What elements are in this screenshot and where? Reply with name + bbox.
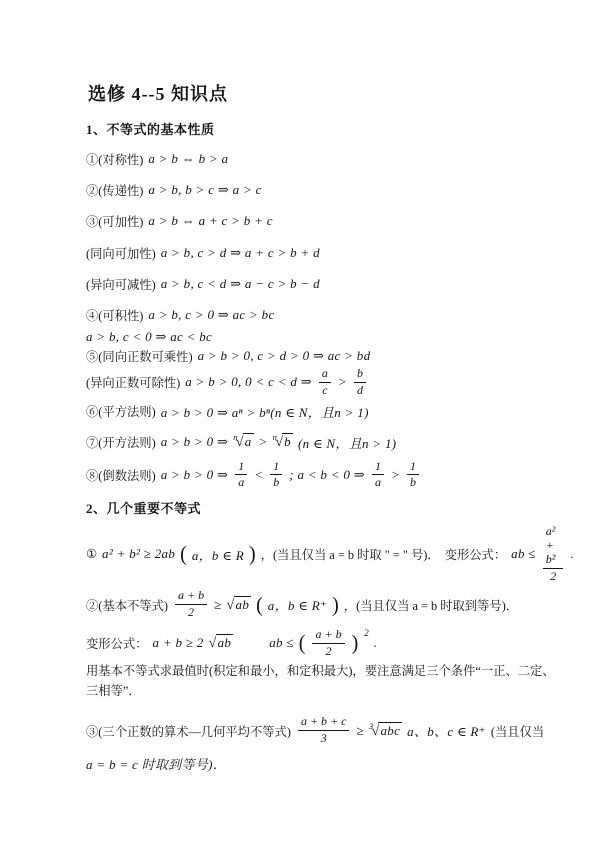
inequality-label: ③(三个正数的算术—几何平均不等式)	[86, 722, 291, 740]
fraction: a + b + c3	[298, 715, 350, 746]
fraction: 1a	[235, 460, 247, 491]
fraction-denominator: c	[322, 383, 327, 398]
fraction-denominator: a	[375, 475, 381, 490]
root-radicand: a	[243, 433, 254, 450]
root-radicand: abc	[378, 722, 402, 739]
property-row-positive-multiply: ⑤(同向正数可乘性) a > b > 0, c > d > 0 ⇒ ac > b…	[86, 347, 574, 365]
root-radicand: ab	[216, 634, 234, 651]
condition-text: a，b ∈ R	[192, 545, 244, 564]
condition-text: a、b、c ∈ R⁺	[407, 721, 486, 740]
left-paren: (	[256, 594, 263, 615]
relation-symbol: >	[391, 467, 400, 483]
fraction: 1b	[407, 460, 419, 491]
condition-text: a，b ∈ R⁺	[268, 595, 327, 614]
property-label: ⑧(倒数法则)	[86, 466, 156, 484]
property-label: ④(可积性)	[86, 306, 143, 324]
property-row-transitivity: ②(传递性) a > b, b > c ⇒ a > c	[86, 181, 574, 199]
right-paren: )	[332, 594, 339, 615]
property-formula-pre: a > b > 0 ⇒	[161, 434, 229, 450]
property-row-same-direction-add: (同向可加性) a > b, c > d ⇒ a + c > b + d	[86, 244, 574, 262]
nth-root: n√a	[233, 433, 253, 451]
property-formula: a > b, c < 0 ⇒ ac < bc	[86, 329, 212, 345]
fraction-denominator: b	[273, 475, 279, 490]
property-row-power-rule: ⑥(平方法则) a > b > 0 ⇒ aⁿ > bⁿ(n ∈ N，且n > 1…	[86, 402, 574, 421]
transform-formula-1: a + b ≥ 2	[153, 635, 204, 651]
root-index: 3	[369, 721, 374, 731]
equality-note-start: (当且仅当	[491, 722, 544, 740]
superscript-exponent: 2	[364, 628, 369, 638]
root-index: n	[273, 432, 278, 442]
fraction-numerator: a² + b²	[543, 525, 564, 568]
transform-formula-row: 变形公式： a + b ≥ 2 √ab ab ≤ ( a + b2 ) 2 .	[86, 628, 574, 659]
square-root: √ab	[227, 596, 252, 614]
fraction-numerator: b	[354, 367, 366, 383]
nth-root: n√b	[273, 433, 293, 451]
root-radicand: ab	[234, 596, 252, 613]
relation-symbol: <	[254, 467, 263, 483]
transform-label: 变形公式：	[86, 634, 148, 652]
transform-formula-2: ab ≤	[269, 635, 294, 651]
transform-formula-pre: ab ≤	[511, 546, 536, 562]
document-page: 选修 4--5 知识点 1、不等式的基本性质 ①(对称性) a > b ⇔ b …	[0, 0, 600, 850]
left-paren: (	[180, 544, 187, 565]
fraction-denominator: 2	[550, 569, 556, 584]
cube-root: 3√abc	[369, 722, 402, 740]
section1-heading: 1、不等式的基本性质	[86, 119, 574, 138]
equality-note-continuation: a = b = c 时取到等号)．	[86, 754, 574, 773]
equality-note: ，(当且仅当 a = b 时取到等号)．	[344, 596, 518, 614]
property-row-positive-divide: (异向正数可除性) a > b > 0, 0 < c < d ⇒ ac > bd	[86, 367, 574, 398]
property-label: (异向可减性)	[86, 275, 156, 293]
property-formula-post: (n ∈ N，且n > 1)	[298, 433, 396, 452]
fraction: a + b2	[312, 628, 344, 659]
property-row-reciprocal-rule: ⑧(倒数法则) a > b > 0 ⇒ 1a < 1b ; a < b < 0 …	[86, 460, 574, 491]
document-title: 选修 4--5 知识点	[88, 80, 574, 106]
left-paren: (	[299, 633, 306, 654]
inequality-formula: a² + b² ≥ 2ab	[102, 546, 175, 562]
inequality-row-square-sum: ① a² + b² ≥ 2ab ( a，b ∈ R ) ，(当且仅当 a = b…	[86, 525, 574, 583]
property-formula-pre: a > b > 0 ⇒	[161, 467, 229, 483]
property-label: ②(传递性)	[86, 181, 143, 199]
property-label: (同向可加性)	[86, 244, 156, 262]
period: .	[570, 546, 574, 562]
property-formula: a > b ⇔ a + c > b + c	[148, 213, 272, 229]
relation-symbol: >	[338, 374, 347, 390]
fraction-denominator: b	[410, 475, 416, 490]
fraction: bd	[354, 367, 366, 398]
fraction-denominator: a	[238, 475, 244, 490]
fraction-numerator: a + b	[175, 589, 207, 605]
property-label: ①(对称性)	[86, 150, 143, 168]
property-row-negative-multiply: a > b, c < 0 ⇒ ac < bc	[86, 328, 574, 345]
relation-symbol: ≥	[356, 723, 363, 739]
relation-symbol: ≥	[214, 597, 221, 613]
fraction: 1a	[372, 460, 384, 491]
inequality-row-am-gm: ③(三个正数的算术—几何平均不等式) a + b + c3 ≥ 3√abc a、…	[86, 715, 574, 746]
fraction: 1b	[270, 460, 282, 491]
property-formula: a > b, b > c ⇒ a > c	[148, 182, 261, 198]
property-formula-pre: a > b > 0, 0 < c < d ⇒	[185, 374, 312, 390]
usage-note-line1: 用基本不等式求最值时(积定和最小，和定积最大)，要注意满足三个条件“一正、二定、	[86, 661, 574, 682]
property-label: ⑦(开方法则)	[86, 433, 156, 451]
root-index: n	[233, 432, 238, 442]
fraction-denominator: d	[357, 383, 363, 398]
inequality-row-basic: ②(基本不等式) a + b2 ≥ √ab ( a，b ∈ R⁺ ) ，(当且仅…	[86, 589, 574, 620]
property-label: ③(可加性)	[86, 212, 143, 230]
usage-note-line2: 三相等”．	[86, 681, 574, 702]
fraction-numerator: a + b	[312, 628, 344, 644]
property-formula: a > b, c > 0 ⇒ ac > bc	[148, 307, 274, 323]
property-formula: a > b ⇔ b > a	[148, 151, 228, 167]
equality-condition: a = b = c 时取到等号)．	[86, 754, 226, 773]
fraction-numerator: 1	[407, 460, 419, 476]
fraction-denominator: 3	[321, 731, 327, 746]
fraction-denominator: 2	[326, 644, 332, 659]
inequality-label: ②(基本不等式)	[86, 596, 168, 614]
property-row-symmetry: ①(对称性) a > b ⇔ b > a	[86, 150, 574, 168]
right-paren: )	[352, 633, 359, 654]
property-row-opposite-direction-subtract: (异向可减性) a > b, c < d ⇒ a − c > b − d	[86, 275, 574, 293]
property-label: (异向正数可除性)	[86, 373, 180, 391]
section2-heading: 2、几个重要不等式	[86, 498, 574, 517]
right-paren: )	[249, 544, 256, 565]
item-number: ①	[86, 547, 97, 562]
property-row-multiplicativity: ④(可积性) a > b, c > 0 ⇒ ac > bc	[86, 306, 574, 324]
property-row-root-rule: ⑦(开方法则) a > b > 0 ⇒ n√a > n√b (n ∈ N，且n …	[86, 433, 574, 452]
square-root: √ab	[209, 634, 234, 652]
property-row-additivity: ③(可加性) a > b ⇔ a + c > b + c	[86, 212, 574, 230]
property-label: ⑤(同向正数可乘性)	[86, 347, 193, 365]
property-formula: a > b > 0, c > d > 0 ⇒ ac > bd	[198, 348, 371, 364]
fraction-denominator: 2	[188, 605, 194, 620]
fraction: ac	[319, 367, 331, 398]
property-formula: a > b, c > d ⇒ a + c > b + d	[161, 245, 320, 261]
fraction-numerator: a	[319, 367, 331, 383]
fraction: a + b2	[175, 589, 207, 620]
fraction-numerator: a + b + c	[298, 715, 350, 731]
property-formula: a > b, c < d ⇒ a − c > b − d	[161, 276, 320, 292]
fraction-numerator: 1	[270, 460, 282, 476]
property-formula-mid: ; a < b < 0 ⇒	[289, 467, 365, 483]
period: .	[374, 635, 378, 651]
root-radicand: b	[282, 433, 293, 450]
property-formula: a > b > 0 ⇒ aⁿ > bⁿ(n ∈ N，且n > 1)	[161, 402, 369, 421]
property-label: ⑥(平方法则)	[86, 402, 156, 420]
fraction-numerator: 1	[235, 460, 247, 476]
fraction-numerator: 1	[372, 460, 384, 476]
fraction: a² + b²2	[543, 525, 564, 583]
transform-label: 变形公式：	[445, 545, 507, 563]
relation-symbol: >	[259, 434, 268, 450]
equality-note: ，(当且仅当 a = b 时取 " = " 号)．	[261, 545, 440, 563]
